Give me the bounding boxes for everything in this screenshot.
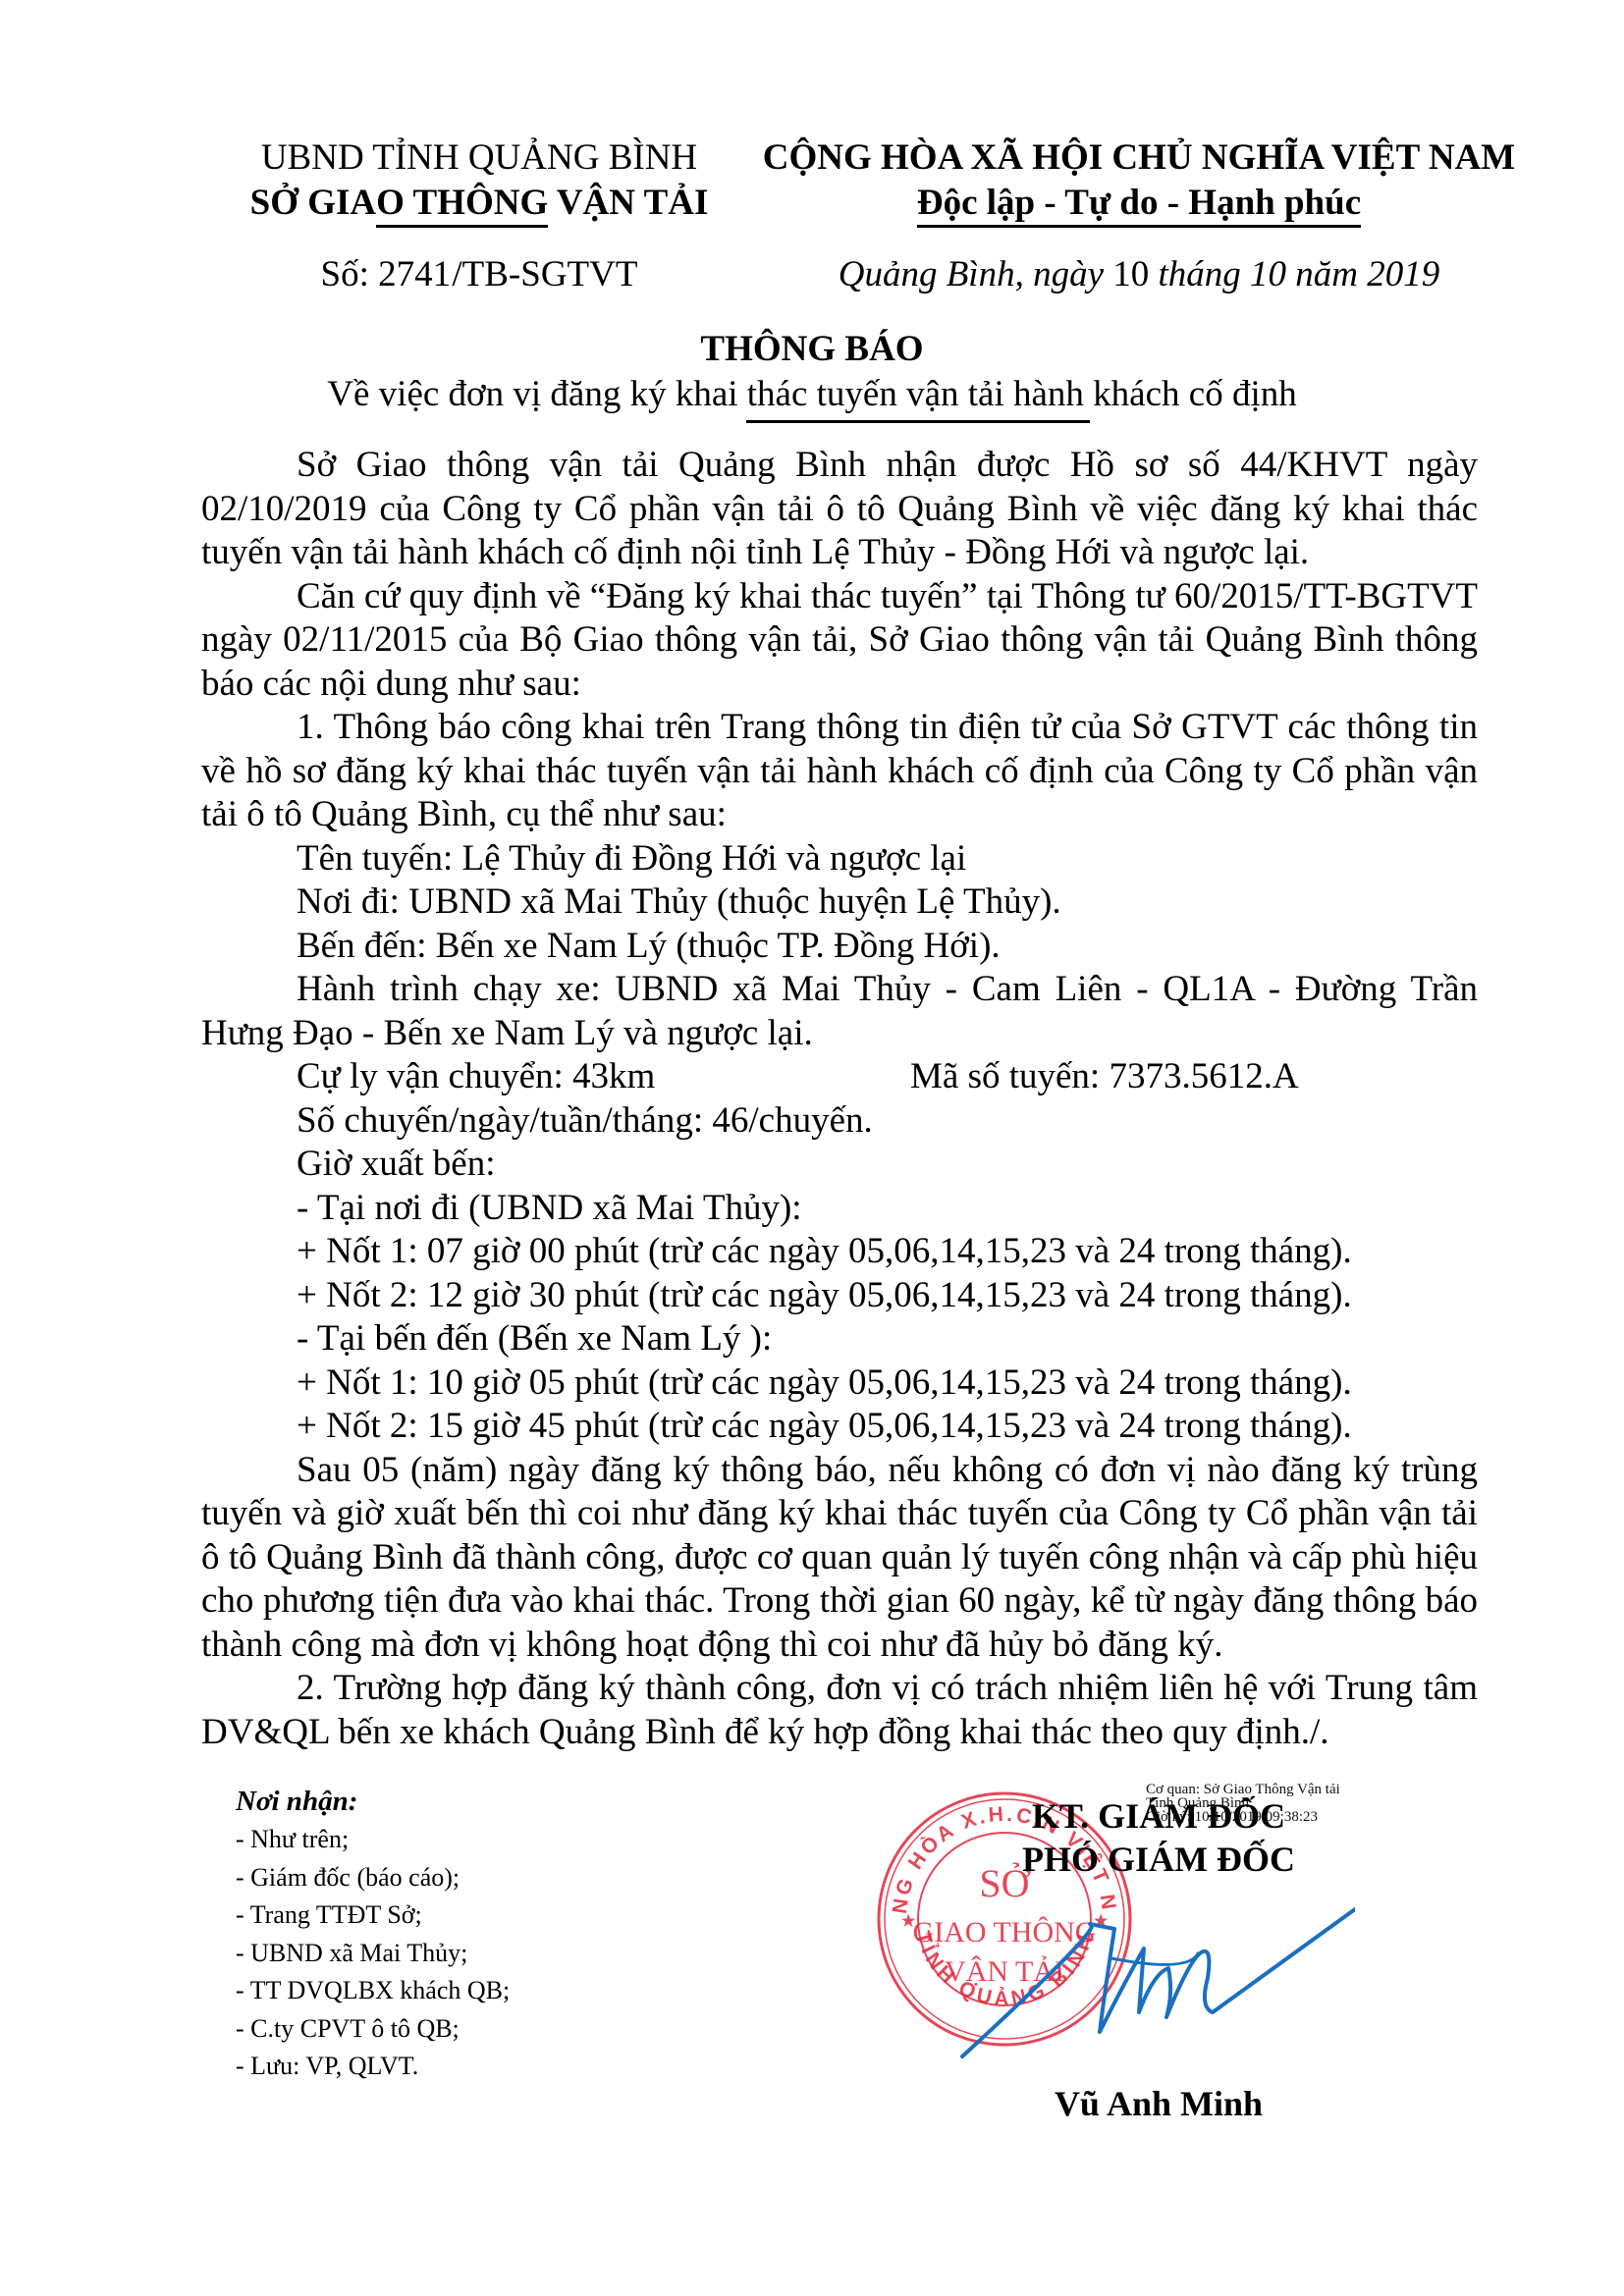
destination-schedule-label: - Tại bến đến (Bến xe Nam Lý ): [201, 1317, 1478, 1362]
document-number: Số: 2741 /TB-SGTVT [224, 253, 734, 295]
trip-count: Số chuyến/ngày/tuần/tháng: 46/chuyến. [201, 1099, 1478, 1144]
document-title: THÔNG BÁO [0, 327, 1624, 372]
distance: Cự ly vận chuyển: 43km [297, 1055, 910, 1099]
recipient-item: - Giám đốc (báo cáo); [236, 1859, 510, 1897]
recipient-item: - TT DVQLBX khách QB; [236, 1972, 510, 2010]
paragraph-legal-basis: Căn cứ quy định về “Đăng ký khai thác tu… [201, 575, 1478, 707]
paragraph-conditions: Sau 05 (năm) ngày đăng ký thông báo, nếu… [201, 1449, 1478, 1668]
item-1: 1. Thông báo công khai trên Trang thông … [201, 706, 1478, 837]
recipient-item: - C.ty CPVT ô tô QB; [236, 2010, 510, 2049]
itinerary: Hành trình chạy xe: UBND xã Mai Thủy - C… [201, 968, 1478, 1055]
agency-parent: UBND TỈNH QUẢNG BÌNH [224, 135, 734, 181]
origin-slot: + Nốt 2: 12 giờ 30 phút (trừ các ngày 05… [201, 1274, 1478, 1318]
motto: Độc lập - Tự do - Hạnh phúc [917, 183, 1361, 228]
destination-slot: + Nốt 2: 15 giờ 45 phút (trừ các ngày 05… [201, 1405, 1478, 1449]
route-name: Tên tuyến: Lệ Thủy đi Đồng Hới và ngược … [201, 837, 1478, 881]
subtitle-divider [746, 420, 1090, 423]
document-subtitle: Về việc đơn vị đăng ký khai thác tuyến v… [0, 372, 1624, 417]
origin-schedule-label: - Tại nơi đi (UBND xã Mai Thủy): [201, 1187, 1478, 1231]
digital-signature-stamp: Cơ quan: Sở Giao Thông Vận tải Tỉnh Quản… [1146, 1783, 1340, 1824]
recipient-item: - Trang TTĐT Sở; [236, 1896, 510, 1935]
national-motto: CỘNG HÒA XÃ HỘI CHỦ NGHĨA VIỆT NAM Độc l… [756, 135, 1522, 226]
recipients-title: Nơi nhận: [236, 1782, 510, 1821]
signatory-name: Vũ Anh Minh [913, 2083, 1404, 2124]
route-details: Cự ly vận chuyển: 43km Mã số tuyến: 7373… [201, 1055, 1478, 1099]
recipient-item: - Như trên; [236, 1821, 510, 1859]
agency-name: SỞ GIAO THÔNG VẬN TẢI [224, 181, 734, 226]
destination-point: Bến đến: Bến xe Nam Lý (thuộc TP. Đồng H… [201, 925, 1478, 969]
destination-slot: + Nốt 1: 10 giờ 05 phút (trừ các ngày 05… [201, 1362, 1478, 1406]
recipient-item: - Lưu: VP, QLVT. [236, 2048, 510, 2086]
document-body: Sở Giao thông vận tải Quảng Bình nhận đư… [201, 444, 1478, 1754]
item-2: 2. Trường hợp đăng ký thành công, đơn vị… [201, 1667, 1478, 1754]
issue-date: Quảng Bình, ngày 10 tháng 10 năm 2019 [756, 253, 1522, 295]
route-code: Mã số tuyến: 7373.5612.A [910, 1055, 1299, 1099]
recipient-item: - UBND xã Mai Thủy; [236, 1935, 510, 1973]
paragraph-intro: Sở Giao thông vận tải Quảng Bình nhận đư… [201, 444, 1478, 575]
departure-point: Nơi đi: UBND xã Mai Thủy (thuộc huyện Lệ… [201, 881, 1478, 925]
handwritten-signature-icon [943, 1885, 1355, 2081]
country-name: CỘNG HÒA XÃ HỘI CHỦ NGHĨA VIỆT NAM [756, 135, 1522, 181]
origin-slot: + Nốt 1: 07 giờ 00 phút (trừ các ngày 05… [201, 1230, 1478, 1274]
recipients-list: Nơi nhận: - Như trên; - Giám đốc (báo cá… [236, 1782, 510, 2086]
issuing-agency: UBND TỈNH QUẢNG BÌNH SỞ GIAO THÔNG VẬN T… [224, 135, 734, 226]
schedule-label: Giờ xuất bến: [201, 1143, 1478, 1187]
